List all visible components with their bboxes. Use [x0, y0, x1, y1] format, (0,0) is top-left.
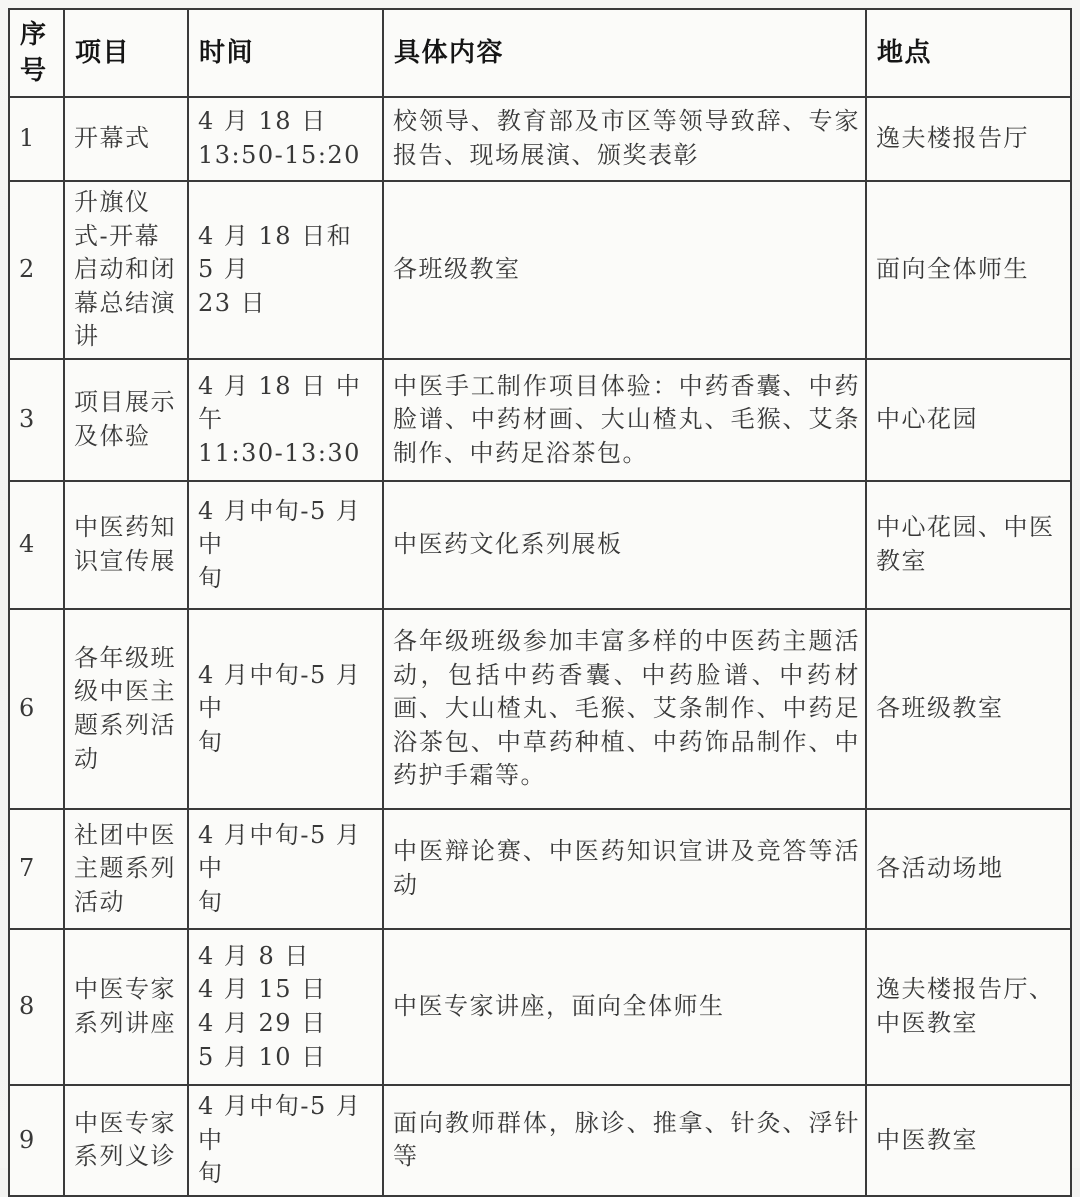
cell-time: 4 月中旬-5 月中 旬 [188, 1085, 383, 1196]
cell-time: 4 月 8 日 4 月 15 日 4 月 29 日 5 月 10 日 [188, 929, 383, 1085]
header-project: 项目 [64, 9, 188, 97]
cell-project: 中医药知识宣传展 [64, 481, 188, 609]
header-location: 地点 [866, 9, 1071, 97]
header-row: 序号 项目 时间 具体内容 地点 [9, 9, 1071, 97]
cell-location: 中心花园 [866, 359, 1071, 481]
table-row: 9 中医专家系列义诊 4 月中旬-5 月中 旬 面向教师群体，脉诊、推拿、针灸、… [9, 1085, 1071, 1196]
table-row: 7 社团中医主题系列活动 4 月中旬-5 月中 旬 中医辩论赛、中医药知识宣讲及… [9, 809, 1071, 929]
header-no: 序号 [9, 9, 64, 97]
cell-no: 4 [9, 481, 64, 609]
cell-time: 4 月 18 日 中午 11:30-13:30 [188, 359, 383, 481]
cell-content: 校领导、教育部及市区等领导致辞、专家报告、现场展演、颁奖表彰 [383, 97, 866, 181]
cell-location: 面向全体师生 [866, 181, 1071, 359]
cell-content: 中医专家讲座，面向全体师生 [383, 929, 866, 1085]
cell-content: 中医辩论赛、中医药知识宣讲及竞答等活动 [383, 809, 866, 929]
cell-no: 2 [9, 181, 64, 359]
table-row: 4 中医药知识宣传展 4 月中旬-5 月中 旬 中医药文化系列展板 中心花园、中… [9, 481, 1071, 609]
cell-content: 面向教师群体，脉诊、推拿、针灸、浮针等 [383, 1085, 866, 1196]
cell-no: 1 [9, 97, 64, 181]
cell-project: 项目展示及体验 [64, 359, 188, 481]
cell-no: 6 [9, 609, 64, 809]
cell-content: 各年级班级参加丰富多样的中医药主题活动，包括中药香囊、中药脸谱、中药材画、大山楂… [383, 609, 866, 809]
cell-project: 开幕式 [64, 97, 188, 181]
cell-content: 中医药文化系列展板 [383, 481, 866, 609]
cell-time: 4 月中旬-5 月中 旬 [188, 809, 383, 929]
document-page: 序号 项目 时间 具体内容 地点 1 开幕式 4 月 18 日 13:50-15… [0, 0, 1080, 1168]
cell-content: 中医手工制作项目体验：中药香囊、中药脸谱、中药材画、大山楂丸、毛猴、艾条制作、中… [383, 359, 866, 481]
header-time: 时间 [188, 9, 383, 97]
cell-location: 各班级教室 [866, 609, 1071, 809]
cell-time: 4 月中旬-5 月中 旬 [188, 609, 383, 809]
cell-location: 逸夫楼报告厅、中医教室 [866, 929, 1071, 1085]
cell-no: 7 [9, 809, 64, 929]
activity-schedule-table: 序号 项目 时间 具体内容 地点 1 开幕式 4 月 18 日 13:50-15… [8, 8, 1072, 1197]
header-content: 具体内容 [383, 9, 866, 97]
cell-no: 8 [9, 929, 64, 1085]
cell-content: 各班级教室 [383, 181, 866, 359]
cell-location: 中心花园、中医教室 [866, 481, 1071, 609]
cell-project: 中医专家系列讲座 [64, 929, 188, 1085]
table-row: 2 升旗仪式-开幕启动和闭幕总结演讲 4 月 18 日和 5 月 23 日 各班… [9, 181, 1071, 359]
table-row: 3 项目展示及体验 4 月 18 日 中午 11:30-13:30 中医手工制作… [9, 359, 1071, 481]
cell-project: 中医专家系列义诊 [64, 1085, 188, 1196]
cell-no: 3 [9, 359, 64, 481]
cell-project: 社团中医主题系列活动 [64, 809, 188, 929]
cell-project: 各年级班级中医主题系列活动 [64, 609, 188, 809]
cell-time: 4 月 18 日 13:50-15:20 [188, 97, 383, 181]
cell-location: 中医教室 [866, 1085, 1071, 1196]
table-row: 8 中医专家系列讲座 4 月 8 日 4 月 15 日 4 月 29 日 5 月… [9, 929, 1071, 1085]
table-row: 6 各年级班级中医主题系列活动 4 月中旬-5 月中 旬 各年级班级参加丰富多样… [9, 609, 1071, 809]
cell-no: 9 [9, 1085, 64, 1196]
cell-time: 4 月中旬-5 月中 旬 [188, 481, 383, 609]
cell-location: 各活动场地 [866, 809, 1071, 929]
cell-time: 4 月 18 日和 5 月 23 日 [188, 181, 383, 359]
cell-location: 逸夫楼报告厅 [866, 97, 1071, 181]
table-row: 1 开幕式 4 月 18 日 13:50-15:20 校领导、教育部及市区等领导… [9, 97, 1071, 181]
cell-project: 升旗仪式-开幕启动和闭幕总结演讲 [64, 181, 188, 359]
